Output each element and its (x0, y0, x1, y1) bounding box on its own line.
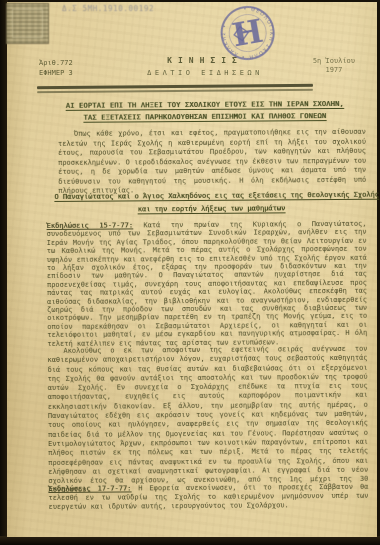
masthead-subtitle: ΔΕΛΤΙΟ ΕΙΔΗΣΕΩΝ (125, 67, 285, 79)
section-subheading: Ο Παναγιώτατος και ο Άγιος Χαλκηδόνος ει… (54, 189, 368, 217)
paragraph-events-1-lead: Ἐκδηλώσεις 15-7-77: (47, 221, 133, 230)
paragraph-intro-text: Όπως κάθε χρόνο, έτσι και εφέτος, πραγμα… (58, 128, 366, 195)
issue-date-year: 1977 (313, 66, 355, 75)
paragraph-intro: Όπως κάθε χρόνο, έτσι και εφέτος, πραγμα… (58, 128, 366, 197)
section-subheading-line1: Ο Παναγιώτατος και ο Άγιος Χαλκηδόνος ει… (54, 189, 368, 204)
section-subheading-line2: και την εορτήν λήξεως των μαθημάτων (54, 202, 368, 217)
paragraph-ceremony: Ακολούθως ο εκ των αποφοίτων της εφετειν… (47, 345, 368, 496)
paragraph-events-2-lead: Ἐκδηλώσεις 17-7-77: (48, 484, 131, 493)
masthead: Ἀριθ.772 ΕΦΗΜΕΡ 3 ΚΙΝΗΣΙΣ ΔΕΛΤΙΟ ΕΙΔΗΣΕΩ… (7, 54, 377, 86)
faded-square-stamp-inner (12, 9, 43, 38)
paragraph-ceremony-text: Ακολούθως ο εκ των αποφοίτων της εφετειν… (47, 345, 368, 495)
paragraph-events-2: Ἐκδηλώσεις 17-7-77: Η Εφορεία ανεκοίνωσε… (48, 483, 368, 513)
issue-number-block: Ἀριθ.772 ΕΦΗΜΕΡ 3 (39, 58, 73, 78)
masthead-title-block: ΚΙΝΗΣΙΣ ΔΕΛΤΙΟ ΕΙΔΗΣΕΩΝ (125, 54, 285, 79)
paragraph-events-1: Ἐκδηλώσεις 15-7-77: Κατά την πρωίαν της … (47, 220, 368, 348)
article-body: ΑΙ ΕΟΡΤΑΙ ΕΠΙ ΤΗ ΛΗΞΕΙ ΤΟΥ ΣΧΟΛΙΚΟΥ ΕΤΟΥ… (7, 1, 377, 4)
faded-square-stamp (6, 3, 49, 44)
masthead-title: ΚΙΝΗΣΙΣ (125, 54, 285, 67)
article-title-line2: ΤΑΣ ΕΞΕΤΑΣΕΙΣ ΠΑΡΗΚΟΛΟΥΘΗΣΑΝ ΕΠΙΣΗΜΟΙ ΚΑ… (48, 110, 362, 124)
paragraph-events-1-text: Κατά την πρωίαν της Κυριακής ο Παναγιώτα… (47, 220, 368, 348)
masthead-divider (37, 84, 313, 93)
scan-frame-bottom-edge (0, 536, 380, 545)
issue-date-day: 5η Ἰουλίου (313, 57, 355, 66)
document-page: Δ.Σ 5ΜΗ.1910.00192 • ΘΕΟΛΟΓΙΚΗ ΣΧΟΛΗ • Χ… (7, 2, 377, 537)
issue-number: Ἀριθ.772 (39, 58, 73, 68)
divider-line-thin (37, 89, 313, 93)
article-title: ΑΙ ΕΟΡΤΑΙ ΕΠΙ ΤΗ ΛΗΞΕΙ ΤΟΥ ΣΧΟΛΙΚΟΥ ΕΤΟΥ… (48, 98, 362, 124)
issue-date-block: 5η Ἰουλίου 1977 (313, 57, 355, 75)
issue-series: ΕΦΗΜΕΡ 3 (39, 68, 73, 78)
